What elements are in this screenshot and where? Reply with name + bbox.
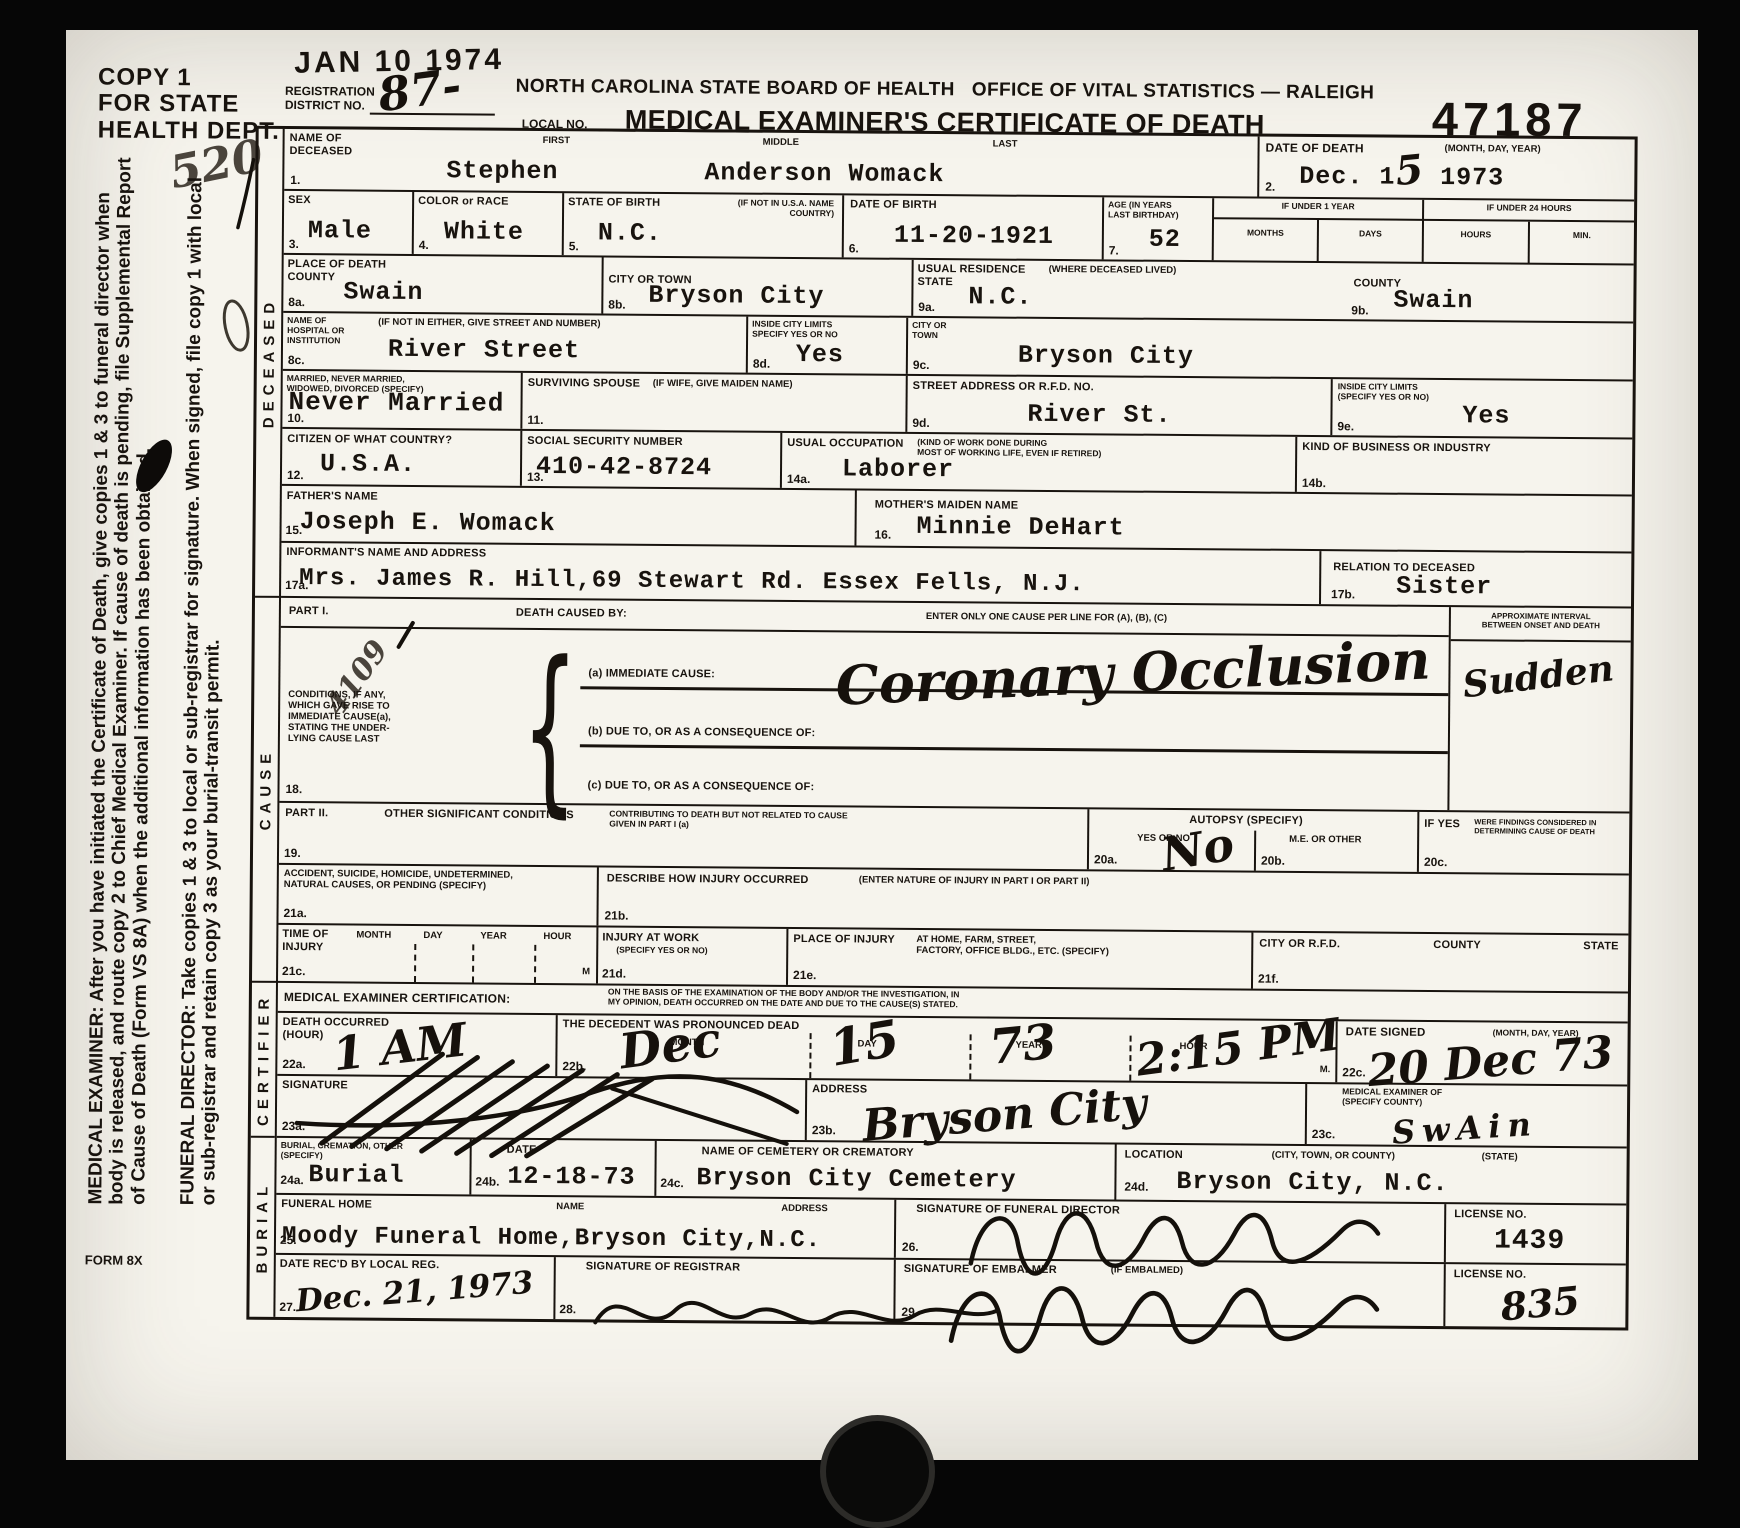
field-if-under-1-year: IF UNDER 1 YEAR MONTHS DAYS — [1214, 198, 1424, 262]
row-part2: PART II. OTHER SIGNIFICANT CONDITIONS CO… — [279, 803, 1629, 876]
value-date-of-death: Dec. 15 1973 — [1299, 146, 1504, 195]
funeral-director-note: FUNERAL DIRECTOR: Take copies 1 & 3 to l… — [177, 155, 231, 1205]
value-funeral-home: Moody Funeral Home,Bryson City,N.C. — [282, 1223, 821, 1254]
value-father: Joseph E. Womack — [300, 507, 556, 538]
row-marital: MARRIED, NEVER MARRIED, WIDOWED, DIVORCE… — [282, 371, 1632, 440]
value-ssn: 410-42-8724 — [536, 452, 712, 482]
value-pod-county: Swain — [343, 277, 423, 307]
field-residence-city: CITY OR TOWN 9c. Bryson City — [908, 318, 1633, 380]
hole-punch-mark — [820, 1415, 935, 1528]
value-occupation: Laborer — [842, 454, 954, 484]
certificate-paper: COPY 1 FOR STATE HEALTH DEPT. 520 JAN 10… — [66, 30, 1698, 1460]
field-marital-status: MARRIED, NEVER MARRIED, WIDOWED, DIVORCE… — [282, 371, 522, 429]
registration-district-label: REGISTRATION DISTRICT NO. — [285, 84, 375, 113]
medical-examiner-note: MEDICAL EXAMINER: After you have initiat… — [85, 154, 175, 1205]
field-director-license: LICENSE NO. 1439 — [1446, 1204, 1626, 1263]
value-state-of-birth: N.C. — [598, 218, 662, 248]
value-immediate-cause: Coronary Occlusion — [834, 627, 1431, 717]
form-number: FORM 8X — [85, 1252, 143, 1267]
value-pronounced-year: 73 — [987, 1014, 1059, 1076]
section-deceased: DECEASED — [255, 129, 283, 598]
field-manner: ACCIDENT, SUICIDE, HOMICIDE, UNDETERMINE… — [278, 865, 598, 926]
value-middle-last-name: Anderson Womack — [704, 158, 944, 189]
cause-line-b: (b) DUE TO, OR AS A CONSEQUENCE OF: — [580, 704, 1448, 754]
field-date-received: DATE REC'D BY LOCAL REG. 27. Dec. 21, 19… — [275, 1255, 555, 1319]
field-interval: APPROXIMATE INTERVAL BETWEEN ONSET AND D… — [1449, 607, 1631, 811]
value-date-of-birth: 11-20-1921 — [894, 221, 1054, 251]
field-inside-city-limits-9e: INSIDE CITY LIMITS (SPECIFY YES OR NO) 9… — [1332, 379, 1632, 437]
row-registrar: DATE REC'D BY LOCAL REG. 27. Dec. 21, 19… — [275, 1255, 1625, 1328]
field-date-of-death: DATE OF DEATH (MONTH, DAY, YEAR) 2. Dec.… — [1259, 137, 1634, 200]
field-citizen: CITIZEN OF WHAT COUNTRY? 12. U.S.A. — [282, 429, 522, 486]
subfield-hours: HOURS — [1424, 221, 1530, 264]
section-certifier: CERTIFIER — [251, 983, 276, 1138]
field-informant: INFORMANT'S NAME AND ADDRESS 17a. Mrs. J… — [281, 543, 1321, 604]
field-occupation: USUAL OCCUPATION (KIND OF WORK DONE DURI… — [782, 433, 1297, 492]
field-relation: RELATION TO DECEASED 17b. Sister — [1321, 551, 1631, 606]
value-date-received: Dec. 21, 1973 — [295, 1265, 535, 1320]
field-autopsy-findings: IF YES WERE FINDINGS CONSIDERED IN DETER… — [1419, 812, 1629, 874]
field-place-of-death-county: PLACE OF DEATH COUNTY 8a. Swain — [283, 255, 603, 314]
row-funeral-home: FUNERAL HOME NAME ADDRESS 25. Moody Fune… — [276, 1195, 1626, 1266]
subfield-min: MIN. — [1530, 222, 1634, 265]
field-place-of-injury: PLACE OF INJURY AT HOME, FARM, STREET, F… — [788, 929, 1253, 989]
field-if-under-24-hours: IF UNDER 24 HOURS HOURS MIN. — [1424, 200, 1634, 264]
board-line: NORTH CAROLINA STATE BOARD OF HEALTH OFF… — [490, 76, 1400, 105]
value-me-address: Bryson City — [860, 1078, 1148, 1151]
embalmer-signature — [905, 1262, 1416, 1381]
field-name-of-deceased: NAME OF DECEASED FIRST MIDDLE LAST 1. St… — [284, 129, 1259, 197]
value-residence-city: Bryson City — [1018, 341, 1194, 371]
field-father: FATHER'S NAME 15. Joseph E. Womack — [281, 486, 856, 546]
field-embalmer-license: LICENSE NO. 835 — [1445, 1264, 1625, 1327]
value-marital: Never Married — [288, 387, 504, 419]
field-sex: SEX 3. Male — [284, 191, 414, 254]
value-embalmer-license: 835 — [1499, 1277, 1582, 1329]
value-residence-county: Swain — [1393, 286, 1473, 316]
field-state-of-birth: STATE OF BIRTH (IF NOT IN U.S.A. NAME CO… — [564, 193, 844, 257]
value-race: White — [444, 217, 524, 247]
value-me-county: SwAin — [1391, 1105, 1539, 1152]
field-time-of-injury: TIME OF INJURY MONTH DAY YEAR HOUR 21c. … — [278, 925, 598, 984]
field-hospital-or-institution: NAME OF HOSPITAL OR INSTITUTION (IF NOT … — [283, 313, 748, 373]
field-usual-residence: USUAL RESIDENCE (WHERE DECEASED LIVED) S… — [913, 260, 1633, 322]
value-citizen: U.S.A. — [320, 449, 416, 479]
value-icl-9e: Yes — [1462, 401, 1510, 430]
field-part1: PART I. DEATH CAUSED BY: ENTER ONLY ONE … — [279, 598, 1451, 810]
value-street: River St. — [1027, 400, 1171, 430]
autopsy-divider — [1254, 831, 1256, 871]
value-age: 52 — [1149, 225, 1181, 254]
field-funeral-home: FUNERAL HOME NAME ADDRESS 25. Moody Fune… — [276, 1195, 896, 1258]
row-citizen-occupation: CITIZEN OF WHAT COUNTRY? 12. U.S.A. SOCI… — [282, 429, 1632, 497]
row-hospital: NAME OF HOSPITAL OR INSTITUTION (IF NOT … — [283, 313, 1633, 382]
value-mother: Minnie DeHart — [916, 512, 1124, 543]
field-me-signature: SIGNATURE 23a. — [277, 1076, 807, 1140]
field-age: AGE (IN YEARS LAST BIRTHDAY) 7. 52 — [1104, 197, 1214, 260]
handwritten-day-5: 5 — [1393, 145, 1426, 195]
value-pronounced-hour: 2:15 PM — [1133, 1009, 1343, 1087]
value-residence-state: N.C. — [968, 282, 1032, 312]
field-date-signed: DATE SIGNED (MONTH, DAY, YEAR) 22c. 20 D… — [1337, 1021, 1627, 1084]
value-sex: Male — [308, 216, 372, 246]
field-inside-city-limits-8d: INSIDE CITY LIMITS SPECIFY YES OR NO 8d.… — [748, 317, 908, 374]
row-manner: ACCIDENT, SUICIDE, HOMICIDE, UNDETERMINE… — [278, 865, 1628, 936]
value-director-license: 1439 — [1494, 1225, 1565, 1257]
row-part1-cause: PART I. DEATH CAUSED BY: ENTER ONLY ONE … — [279, 598, 1631, 814]
field-injury-at-work: INJURY AT WORK (SPECIFY YES OR NO) 21d. — [598, 927, 788, 984]
section-burial: BURIAL — [249, 1138, 274, 1317]
field-pod-city-or-town: CITY OR TOWN 8b. Bryson City — [603, 257, 913, 315]
row-place-of-death: PLACE OF DEATH COUNTY 8a. Swain CITY OR … — [283, 255, 1633, 324]
value-pronounced-day: 15 — [825, 1008, 903, 1078]
value-pod-city: Bryson City — [648, 281, 824, 311]
field-embalmer-signature: SIGNATURE OF EMBALMER (IF EMBALMED) 29. — [895, 1260, 1445, 1326]
field-autopsy: AUTOPSY (SPECIFY) YES OR NO M.E. OR OTHE… — [1089, 809, 1419, 872]
cause-line-a: (a) IMMEDIATE CAUSE: Coronary Occlusion — [580, 636, 1448, 696]
field-part2-conditions: PART II. OTHER SIGNIFICANT CONDITIONS CO… — [279, 803, 1089, 869]
section-cause: CAUSE — [252, 598, 279, 983]
certificate-form-table: DECEASED CAUSE CERTIFIER BURIAL NAME OF … — [246, 126, 1637, 1331]
row-sex-race-birth: SEX 3. Male COLOR or RACE 4. White STATE… — [284, 191, 1634, 266]
scanned-death-certificate: COPY 1 FOR STATE HEALTH DEPT. 520 JAN 10… — [0, 0, 1740, 1528]
field-registrar-signature: SIGNATURE OF REGISTRAR 28. — [555, 1257, 895, 1322]
field-how-injury-occurred: DESCRIBE HOW INJURY OCCURRED (ENTER NATU… — [598, 867, 1628, 933]
value-hospital: River Street — [388, 335, 580, 366]
value-informant: Mrs. James R. Hill,69 Stewart Rd. Essex … — [299, 565, 1085, 598]
value-interval: Sudden — [1461, 647, 1616, 706]
subfield-days: DAYS — [1319, 220, 1422, 263]
field-mother: MOTHER'S MAIDEN NAME 16. Minnie DeHart — [856, 490, 1631, 551]
value-relation: Sister — [1396, 572, 1492, 602]
row-parents: FATHER'S NAME 15. Joseph E. Womack MOTHE… — [281, 486, 1631, 554]
cause-line-c: (c) DUE TO, OR AS A CONSEQUENCE OF: — [579, 758, 1447, 803]
field-injury-location: CITY OR R.F.D. COUNTY STATE 21f. — [1253, 933, 1628, 992]
value-icl-8d: Yes — [796, 340, 844, 369]
value-first-name: Stephen — [446, 156, 558, 186]
subfield-months: MONTHS — [1214, 219, 1319, 262]
field-ssn: SOCIAL SECURITY NUMBER 13. 410-42-8724 — [522, 431, 782, 488]
field-director-signature: SIGNATURE OF FUNERAL DIRECTOR 26. — [896, 1200, 1446, 1262]
row-name: NAME OF DECEASED FIRST MIDDLE LAST 1. St… — [284, 129, 1634, 202]
field-street-address: STREET ADDRESS OR R.F.D. NO. 9d. River S… — [907, 376, 1332, 435]
field-surviving-spouse: SURVIVING SPOUSE (IF WIFE, GIVE MAIDEN N… — [522, 373, 907, 432]
row-injury-details: TIME OF INJURY MONTH DAY YEAR HOUR 21c. … — [278, 925, 1628, 994]
row-me-signature: SIGNATURE 23a. ADDRESS 23b. Bryson Ci — [277, 1076, 1627, 1149]
brace: { — [521, 624, 578, 835]
field-me-address: ADDRESS 23b. Bryson City — [807, 1080, 1307, 1144]
field-industry: KIND OF BUSINESS OR INDUSTRY 14b. — [1297, 437, 1632, 495]
medical-examiner-signature — [291, 1028, 812, 1182]
field-date-of-birth: DATE OF BIRTH 6. 11-20-1921 — [844, 195, 1104, 259]
field-color-or-race: COLOR or RACE 4. White — [414, 192, 564, 255]
field-me-county: MEDICAL EXAMINER OF (SPECIFY COUNTY) 23c… — [1307, 1084, 1627, 1147]
